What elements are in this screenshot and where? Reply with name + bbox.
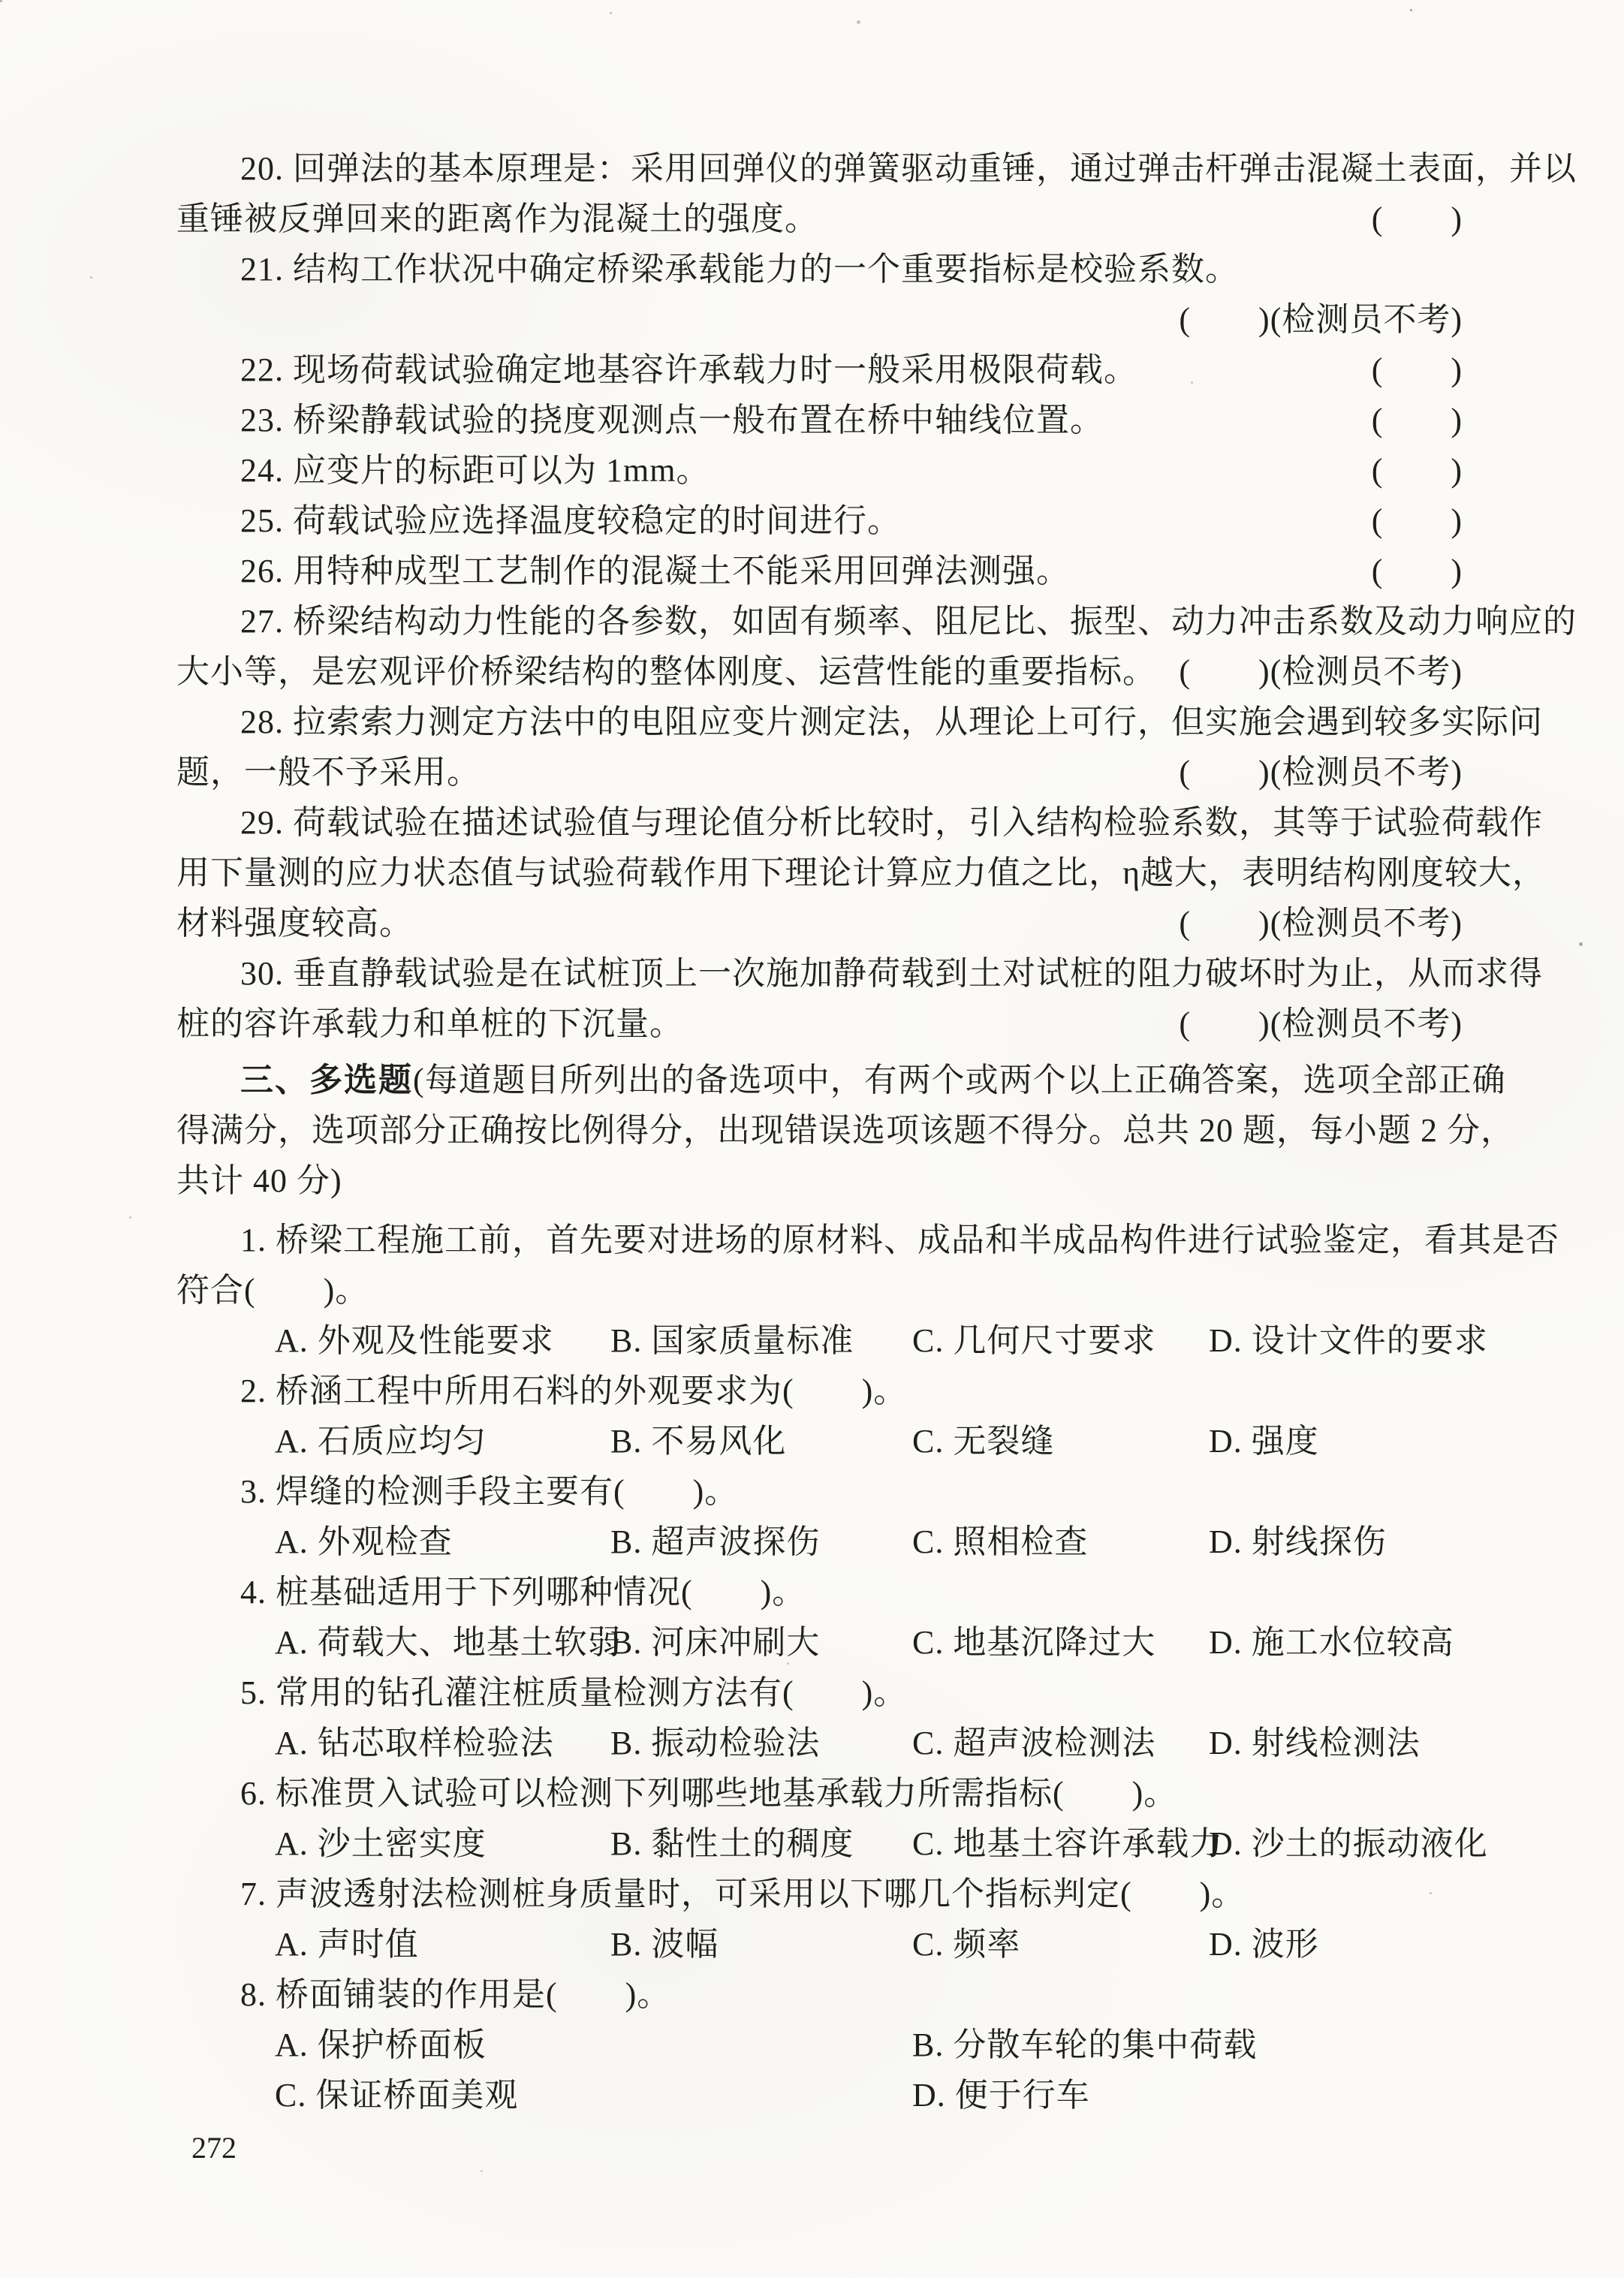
text-line: ( )(检测员不考) [176,294,1463,345]
option-item: B. 不易风化 [610,1416,912,1466]
line-text: 4. 桩基础适用于下列哪种情况( )。 [240,1567,806,1617]
line-text: 22. 现场荷载试验确定地基容许承载力时一般采用极限荷载。 [240,345,1137,395]
line-text: 用下量测的应力状态值与试验荷载作用下理论计算应力值之比，η越大，表明结构刚度较大… [176,848,1546,898]
text-line: 27. 桥梁结构动力性能的各参数，如固有频率、阻尼比、振型、动力冲击系数及动力响… [176,596,1463,646]
line-text: 得满分，选项部分正确按比例得分，出现错误选项该题不得分。总共 20 题，每小题 … [176,1105,1514,1156]
option-item: B. 国家质量标准 [610,1315,912,1366]
text-line: 23. 桥梁静载试验的挠度观测点一般布置在桥中轴线位置。( ) [176,395,1463,445]
text-line: 24. 应变片的标距可以为 1mm。( ) [176,445,1463,496]
line-text: 30. 垂直静载试验是在试桩顶上一次施加静荷载到土对试桩的阻力破坏时为止，从而求… [240,948,1543,999]
answer-bracket: ( ) [1372,194,1463,244]
text-line: 4. 桩基础适用于下列哪种情况( )。 [176,1567,1463,1617]
line-text: 题，一般不予采用。 [176,747,481,797]
line-text: 29. 荷载试验在描述试验值与理论值分析比较时，引入结构检验系数，其等于试验荷载… [240,797,1543,848]
option-item: C. 保证桥面美观 [275,2070,912,2120]
line-text: 三、多选题(每道题目所列出的备选项中，有两个或两个以上正确答案，选项全部正确 [240,1055,1506,1105]
text-line: 1. 桥梁工程施工前，首先要对进场的原材料、成品和半成品构件进行试验鉴定，看其是… [176,1215,1463,1265]
text-line: 3. 焊缝的检测手段主要有( )。 [176,1466,1463,1517]
option-item: D. 施工水位较高 [1209,1617,1463,1668]
text-line: 7. 声波透射法检测桩身质量时，可采用以下哪几个指标判定( )。 [176,1869,1463,1919]
option-item: A. 外观及性能要求 [275,1315,610,1366]
line-text: 20. 回弹法的基本原理是：采用回弹仪的弹簧驱动重锤，通过弹击杆弹击混凝土表面，… [240,143,1577,194]
answer-bracket: ( )(检测员不考) [1179,898,1463,948]
line-text: 材料强度较高。 [176,898,413,948]
option-item: B. 河床冲刷大 [610,1617,912,1668]
option-item: B. 黏性土的稠度 [610,1818,912,1869]
text-line: 题，一般不予采用。( )(检测员不考) [176,747,1463,797]
section-title: 三、多选题 [240,1062,413,1098]
line-text: 21. 结构工作状况中确定桥梁承载能力的一个重要指标是校验系数。 [240,244,1239,294]
option-item: D. 沙土的振动液化 [1209,1818,1488,1869]
option-item: B. 分散车轮的集中荷载 [912,2020,1463,2070]
document-body: 20. 回弹法的基本原理是：采用回弹仪的弹簧驱动重锤，通过弹击杆弹击混凝土表面，… [176,143,1463,2120]
text-line: 20. 回弹法的基本原理是：采用回弹仪的弹簧驱动重锤，通过弹击杆弹击混凝土表面，… [176,143,1463,194]
text-line: 6. 标准贯入试验可以检测下列哪些地基承载力所需指标( )。 [176,1768,1463,1818]
option-row: A. 保护桥面板B. 分散车轮的集中荷载 [176,2020,1463,2070]
answer-bracket: ( ) [1372,445,1463,496]
option-item: A. 荷载大、地基土软弱 [275,1617,610,1668]
text-line: 30. 垂直静载试验是在试桩顶上一次施加静荷载到土对试桩的阻力破坏时为止，从而求… [176,948,1463,999]
text-line: 材料强度较高。( )(检测员不考) [176,898,1463,948]
line-text: 8. 桥面铺装的作用是( )。 [240,1969,670,2020]
line-text: 27. 桥梁结构动力性能的各参数，如固有频率、阻尼比、振型、动力冲击系数及动力响… [240,596,1577,646]
option-item: A. 钻芯取样检验法 [275,1718,610,1768]
option-item: A. 保护桥面板 [275,2020,912,2070]
option-row: A. 外观检查B. 超声波探伤C. 照相检查D. 射线探伤 [176,1517,1463,1567]
text-line: 5. 常用的钻孔灌注桩质量检测方法有( )。 [176,1668,1463,1718]
line-text: 重锤被反弹回来的距离作为混凝土的强度。 [176,194,818,244]
text-line: 21. 结构工作状况中确定桥梁承载能力的一个重要指标是校验系数。 [176,244,1463,294]
scanned-exam-page: 20. 回弹法的基本原理是：采用回弹仪的弹簧驱动重锤，通过弹击杆弹击混凝土表面，… [0,0,1624,2278]
text-line: 三、多选题(每道题目所列出的备选项中，有两个或两个以上正确答案，选项全部正确 [176,1055,1463,1105]
true-false-questions: 20. 回弹法的基本原理是：采用回弹仪的弹簧驱动重锤，通过弹击杆弹击混凝土表面，… [176,143,1463,1049]
option-row: A. 外观及性能要求B. 国家质量标准C. 几何尺寸要求D. 设计文件的要求 [176,1315,1463,1366]
option-item: D. 便于行车 [912,2070,1463,2120]
text-line: 28. 拉索索力测定方法中的电阻应变片测定法，从理论上可行，但实施会遇到较多实际… [176,697,1463,747]
text-line: 2. 桥涵工程中所用石料的外观要求为( )。 [176,1366,1463,1416]
option-item: C. 地基土容许承载力 [912,1818,1209,1869]
option-item: D. 强度 [1209,1416,1463,1466]
line-text: 23. 桥梁静载试验的挠度观测点一般布置在桥中轴线位置。 [240,395,1104,445]
text-line: 用下量测的应力状态值与试验荷载作用下理论计算应力值之比，η越大，表明结构刚度较大… [176,848,1463,898]
line-text: 1. 桥梁工程施工前，首先要对进场的原材料、成品和半成品构件进行试验鉴定，看其是… [240,1215,1559,1265]
option-row: A. 声时值B. 波幅C. 频率D. 波形 [176,1919,1463,1969]
line-text: 5. 常用的钻孔灌注桩质量检测方法有( )。 [240,1668,907,1718]
answer-bracket: ( ) [1372,395,1463,445]
answer-bracket: ( )(检测员不考) [1179,294,1463,345]
line-text: 7. 声波透射法检测桩身质量时，可采用以下哪几个指标判定( )。 [240,1869,1245,1919]
option-row: C. 保证桥面美观D. 便于行车 [176,2070,1463,2120]
option-item: A. 外观检查 [275,1517,610,1567]
text-line: 共计 40 分) [176,1156,1463,1206]
option-item: B. 波幅 [610,1919,912,1969]
option-item: D. 设计文件的要求 [1209,1315,1488,1366]
line-text: 大小等，是宏观评价桥梁结构的整体刚度、运营性能的重要指标。 [176,646,1156,697]
multiple-choice-questions: 1. 桥梁工程施工前，首先要对进场的原材料、成品和半成品构件进行试验鉴定，看其是… [176,1215,1463,2120]
line-text: 6. 标准贯入试验可以检测下列哪些地基承载力所需指标( )。 [240,1768,1177,1818]
answer-bracket: ( ) [1372,546,1463,596]
line-text: 2. 桥涵工程中所用石料的外观要求为( )。 [240,1366,907,1416]
line-text: 25. 荷载试验应选择温度较稳定的时间进行。 [240,496,901,546]
page-number: 272 [191,2123,237,2173]
answer-bracket: ( )(检测员不考) [1179,747,1463,797]
option-item: A. 声时值 [275,1919,610,1969]
line-text: 3. 焊缝的检测手段主要有( )。 [240,1466,738,1517]
text-line: 22. 现场荷载试验确定地基容许承载力时一般采用极限荷载。( ) [176,345,1463,395]
text-line: 桩的容许承载力和单桩的下沉量。( )(检测员不考) [176,999,1463,1049]
option-row: A. 钻芯取样检验法B. 振动检验法C. 超声波检测法D. 射线检测法 [176,1718,1463,1768]
text-line: 8. 桥面铺装的作用是( )。 [176,1969,1463,2020]
answer-bracket: ( ) [1372,496,1463,546]
text-line: 25. 荷载试验应选择温度较稳定的时间进行。( ) [176,496,1463,546]
option-row: A. 荷载大、地基土软弱B. 河床冲刷大C. 地基沉降过大D. 施工水位较高 [176,1617,1463,1668]
option-item: B. 超声波探伤 [610,1517,912,1567]
option-item: C. 超声波检测法 [912,1718,1209,1768]
option-item: A. 沙土密实度 [275,1818,610,1869]
text-line: 得满分，选项部分正确按比例得分，出现错误选项该题不得分。总共 20 题，每小题 … [176,1105,1463,1156]
option-item: C. 几何尺寸要求 [912,1315,1209,1366]
scan-noise-specks [0,0,2,2]
line-text: 共计 40 分) [176,1156,342,1206]
line-text: 符合( )。 [176,1265,369,1315]
option-item: D. 射线检测法 [1209,1718,1463,1768]
option-item: D. 波形 [1209,1919,1463,1969]
text-line: 重锤被反弹回来的距离作为混凝土的强度。( ) [176,194,1463,244]
option-row: A. 沙土密实度B. 黏性土的稠度C. 地基土容许承载力D. 沙土的振动液化 [176,1818,1463,1869]
answer-bracket: ( )(检测员不考) [1179,646,1463,697]
option-item: C. 照相检查 [912,1517,1209,1567]
answer-bracket: ( ) [1372,345,1463,395]
line-text: 26. 用特种成型工艺制作的混凝土不能采用回弹法测强。 [240,546,1070,596]
text-line: 大小等，是宏观评价桥梁结构的整体刚度、运营性能的重要指标。( )(检测员不考) [176,646,1463,697]
option-item: C. 地基沉降过大 [912,1617,1209,1668]
line-text: 桩的容许承载力和单桩的下沉量。 [176,999,683,1049]
multiple-choice-section-header: 三、多选题(每道题目所列出的备选项中，有两个或两个以上正确答案，选项全部正确得满… [176,1055,1463,1206]
option-item: C. 频率 [912,1919,1209,1969]
text-line: 符合( )。 [176,1265,1463,1315]
line-text: 24. 应变片的标距可以为 1mm。 [240,445,710,496]
text-line: 29. 荷载试验在描述试验值与理论值分析比较时，引入结构检验系数，其等于试验荷载… [176,797,1463,848]
option-item: B. 振动检验法 [610,1718,912,1768]
option-item: A. 石质应均匀 [275,1416,610,1466]
text-line: 26. 用特种成型工艺制作的混凝土不能采用回弹法测强。( ) [176,546,1463,596]
answer-bracket: ( )(检测员不考) [1179,999,1463,1049]
line-text: 28. 拉索索力测定方法中的电阻应变片测定法，从理论上可行，但实施会遇到较多实际… [240,697,1543,747]
option-item: C. 无裂缝 [912,1416,1209,1466]
option-row: A. 石质应均匀B. 不易风化C. 无裂缝D. 强度 [176,1416,1463,1466]
option-item: D. 射线探伤 [1209,1517,1463,1567]
